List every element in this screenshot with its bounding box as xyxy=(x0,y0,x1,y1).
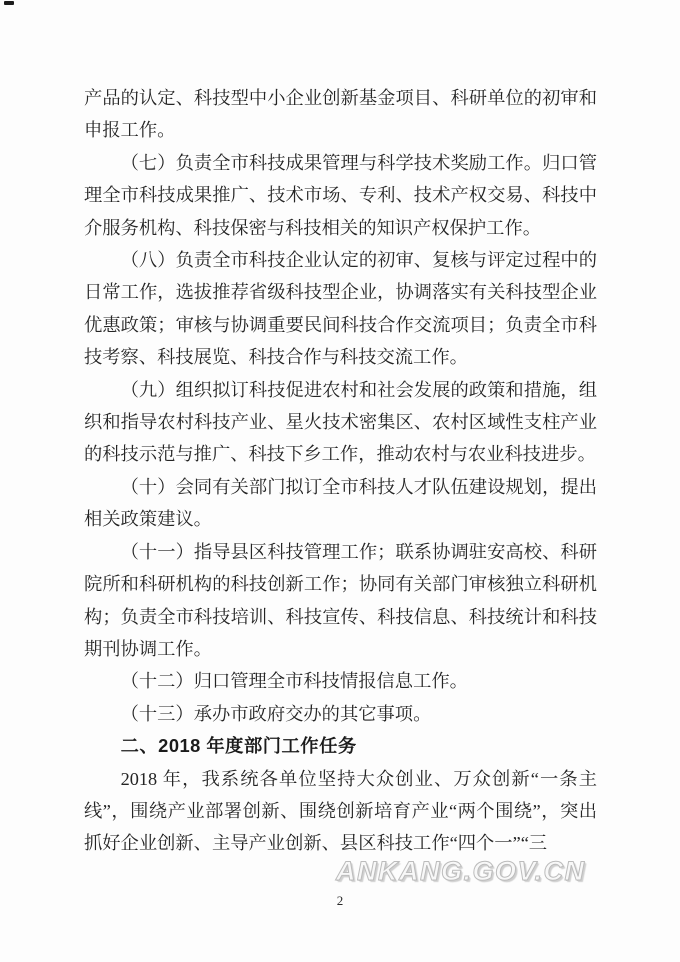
section-heading: 二、2018 年度部门工作任务 xyxy=(84,730,597,762)
document-body: 产品的认定、科技型中小企业创新基金项目、科研单位的初审和申报工作。（七）负责全市… xyxy=(84,82,597,860)
paragraph: （十）会同有关部门拟订全市科技人才队伍建设规划，提出相关政策建议。 xyxy=(84,471,597,536)
paragraph: （九）组织拟订科技促进农村和社会发展的政策和措施，组织和指导农村科技产业、星火技… xyxy=(84,374,597,471)
paragraph: （八）负责全市科技企业认定的初审、复核与评定过程中的日常工作，选拔推荐省级科技型… xyxy=(84,244,597,374)
document-page: 产品的认定、科技型中小企业创新基金项目、科研单位的初审和申报工作。（七）负责全市… xyxy=(0,0,680,962)
paragraph: （十二）归口管理全市科技情报信息工作。 xyxy=(84,665,597,697)
paragraph: （七）负责全市科技成果管理与科学技术奖励工作。归口管理全市科技成果推广、技术市场… xyxy=(84,147,597,244)
watermark: ANKANG.GOV.CN xyxy=(336,856,586,887)
paragraph: （十三）承办市政府交办的其它事项。 xyxy=(84,698,597,730)
paragraph: 产品的认定、科技型中小企业创新基金项目、科研单位的初审和申报工作。 xyxy=(84,82,597,147)
scan-artifact-mark xyxy=(4,1,14,5)
paragraph: （十一）指导县区科技管理工作；联系协调驻安高校、科研院所和科研机构的科技创新工作… xyxy=(84,536,597,666)
paragraph: 2018 年，我系统各单位坚持大众创业、万众创新“一条主线”，围绕产业部署创新、… xyxy=(84,763,597,860)
page-number: 2 xyxy=(0,893,680,909)
